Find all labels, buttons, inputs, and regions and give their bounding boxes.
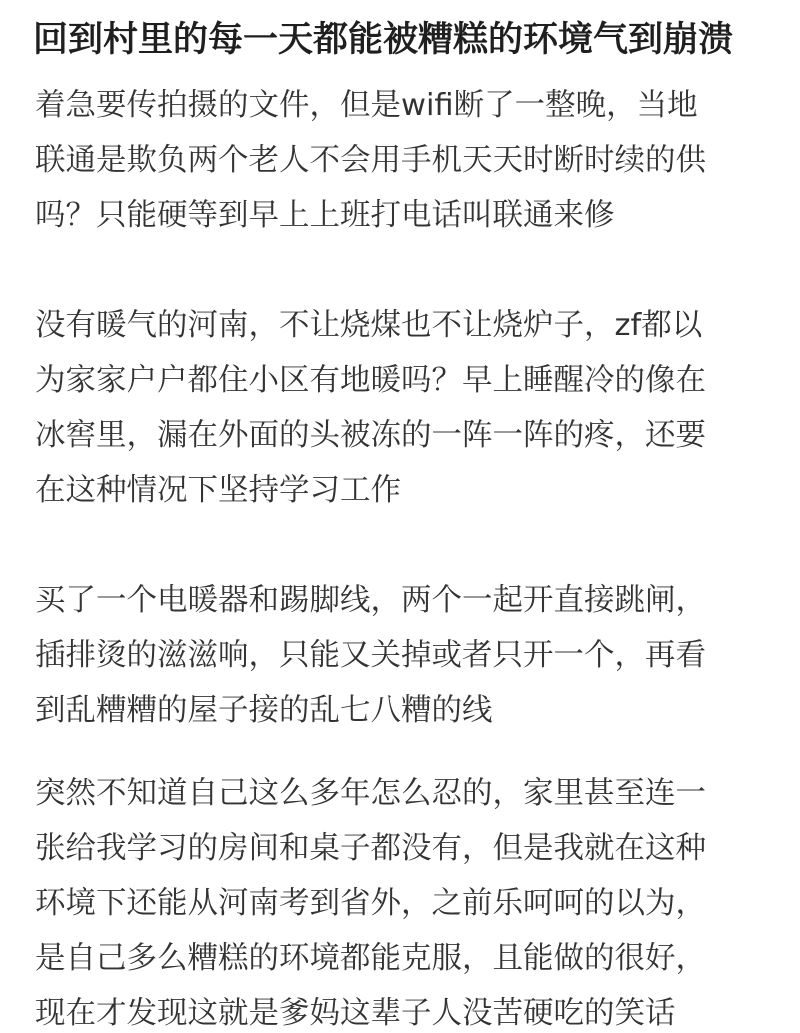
post-title: 回到村里的每一天都能被糟糕的环境气到崩溃 xyxy=(33,14,793,66)
text-line: 冰窖里，漏在外面的头被冻的一阵一阵的疼，还要 xyxy=(35,408,775,463)
post-page: 回到村里的每一天都能被糟糕的环境气到崩溃 着急要传拍摄的文件，但是wifi断了一… xyxy=(0,0,800,1033)
text-line: 为家家户户都住小区有地暖吗？早上睡醒冷的像在 xyxy=(35,353,775,408)
text-line: 联通是欺负两个老人不会用手机天天时断时续的供 xyxy=(35,133,775,188)
text-line: 吗？只能硬等到早上上班打电话叫联通来修 xyxy=(35,188,775,243)
text-line: 插排烫的滋滋响，只能又关掉或者只开一个，再看 xyxy=(35,628,775,683)
text-line: 现在才发现这就是爹妈这辈子人没苦硬吃的笑话 xyxy=(35,986,775,1033)
paragraph-heating: 没有暖气的河南，不让烧煤也不让烧炉子，zf都以 为家家户户都住小区有地暖吗？早上… xyxy=(35,298,775,518)
text-line: 在这种情况下坚持学习工作 xyxy=(35,463,775,518)
text-line: 突然不知道自己这么多年怎么忍的，家里甚至连一 xyxy=(35,766,775,821)
paragraph-reflection: 突然不知道自己这么多年怎么忍的，家里甚至连一 张给我学习的房间和桌子都没有，但是… xyxy=(35,766,775,1033)
text-line: 到乱糟糟的屋子接的乱七八糟的线 xyxy=(35,683,775,738)
text-line: 是自己多么糟糕的环境都能克服，且能做的很好， xyxy=(35,931,775,986)
text-line: 环境下还能从河南考到省外，之前乐呵呵的以为， xyxy=(35,876,775,931)
text-line: 没有暖气的河南，不让烧煤也不让烧炉子，zf都以 xyxy=(35,298,775,353)
paragraph-heater: 买了一个电暖器和踢脚线，两个一起开直接跳闸， 插排烫的滋滋响，只能又关掉或者只开… xyxy=(35,573,775,738)
text-line: 张给我学习的房间和桌子都没有，但是我就在这种 xyxy=(35,821,775,876)
text-line: 着急要传拍摄的文件，但是wifi断了一整晚，当地 xyxy=(35,78,775,133)
text-line: 买了一个电暖器和踢脚线，两个一起开直接跳闸， xyxy=(35,573,775,628)
paragraph-wifi: 着急要传拍摄的文件，但是wifi断了一整晚，当地 联通是欺负两个老人不会用手机天… xyxy=(35,78,775,243)
